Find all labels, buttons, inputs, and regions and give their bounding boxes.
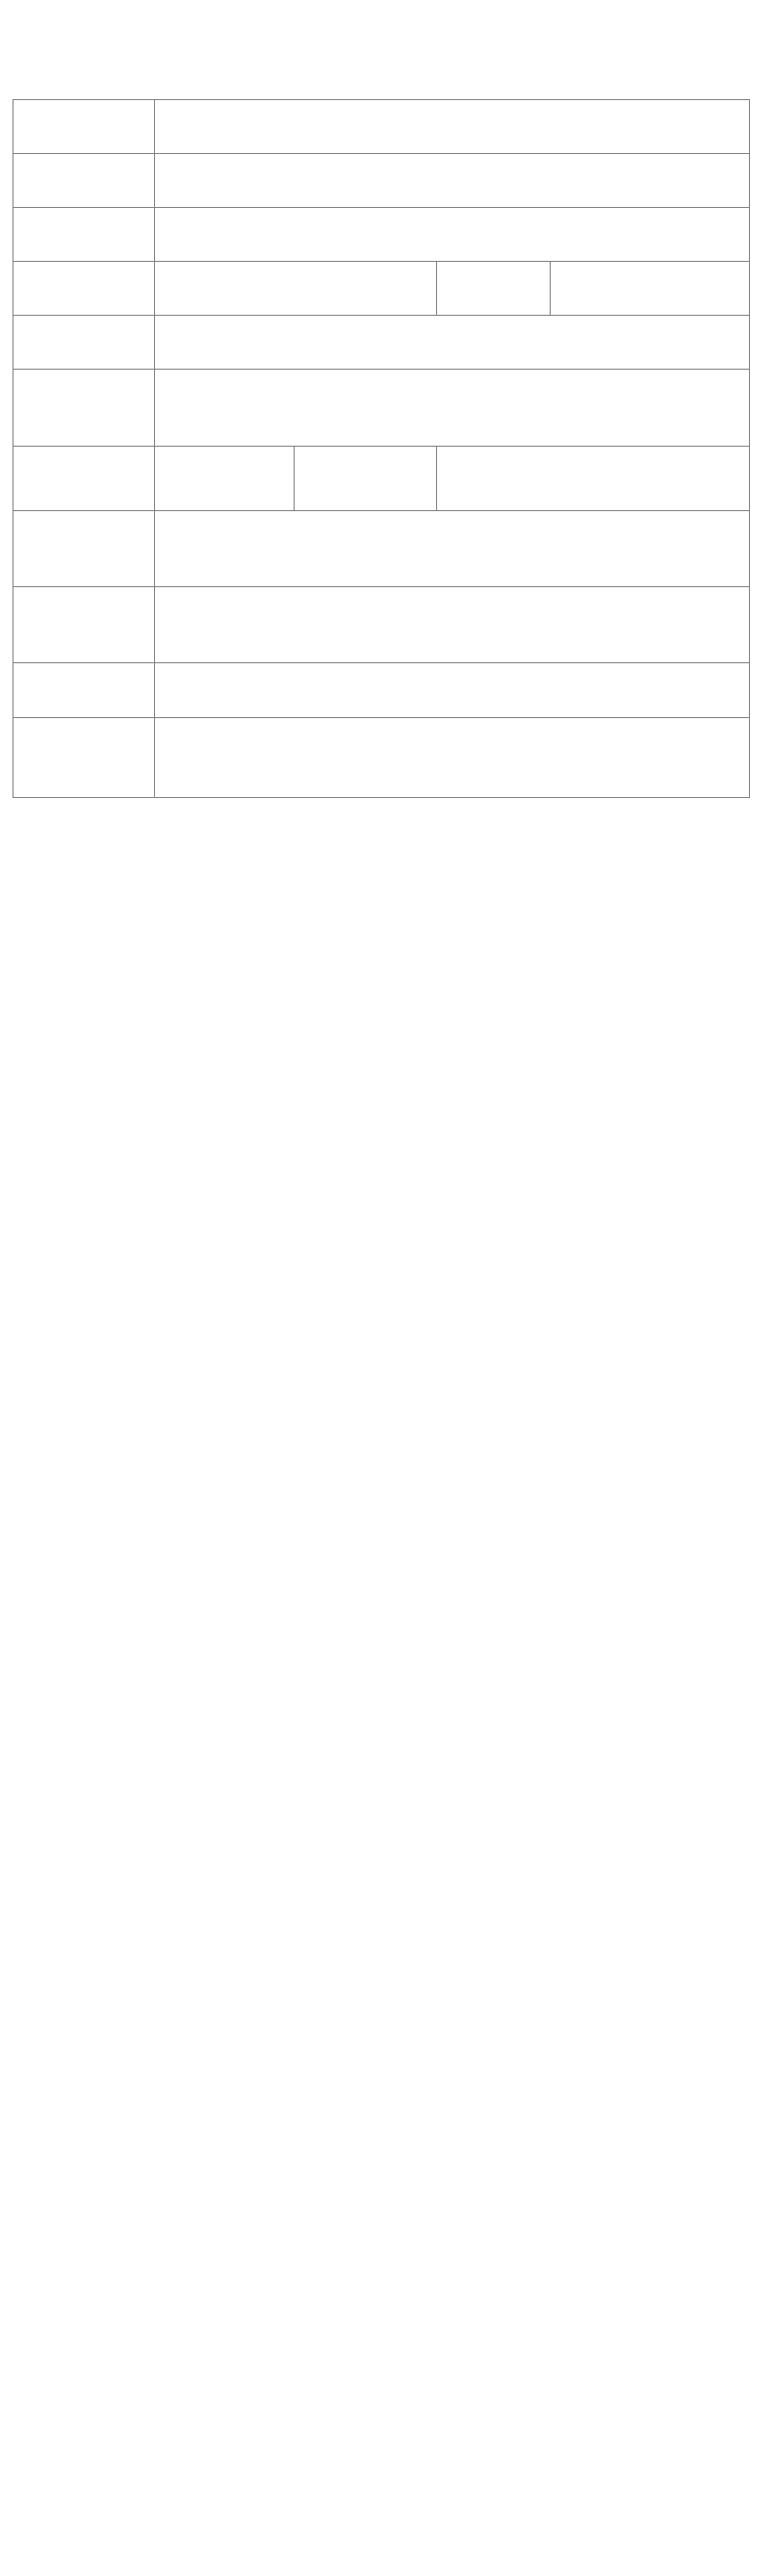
tender-project-name-value xyxy=(154,207,750,262)
qualification-review-value xyxy=(154,315,750,370)
control-price-value xyxy=(154,717,750,798)
content-label xyxy=(13,586,155,663)
duration-label xyxy=(13,662,155,718)
funding-composition-label xyxy=(294,446,437,511)
content-value xyxy=(154,586,750,663)
location-label xyxy=(13,369,155,447)
announcement-nature-label xyxy=(436,261,551,316)
funding-source-label xyxy=(13,446,155,511)
scope-value xyxy=(154,510,750,587)
duration-value xyxy=(154,662,750,718)
funding-composition-value xyxy=(436,446,750,511)
section-name-label xyxy=(13,261,155,316)
tender-project-name-label xyxy=(13,207,155,262)
project-name-value xyxy=(154,153,750,208)
funding-source-value xyxy=(154,446,295,511)
qualification-review-label xyxy=(13,315,155,370)
location-value xyxy=(154,369,750,447)
section-name-value xyxy=(154,261,437,316)
announcement-nature-value xyxy=(550,261,750,316)
scope-label xyxy=(13,510,155,587)
project-code-value xyxy=(154,99,750,154)
control-price-label xyxy=(13,717,155,798)
project-code-label xyxy=(13,99,155,154)
project-name-label xyxy=(13,153,155,208)
